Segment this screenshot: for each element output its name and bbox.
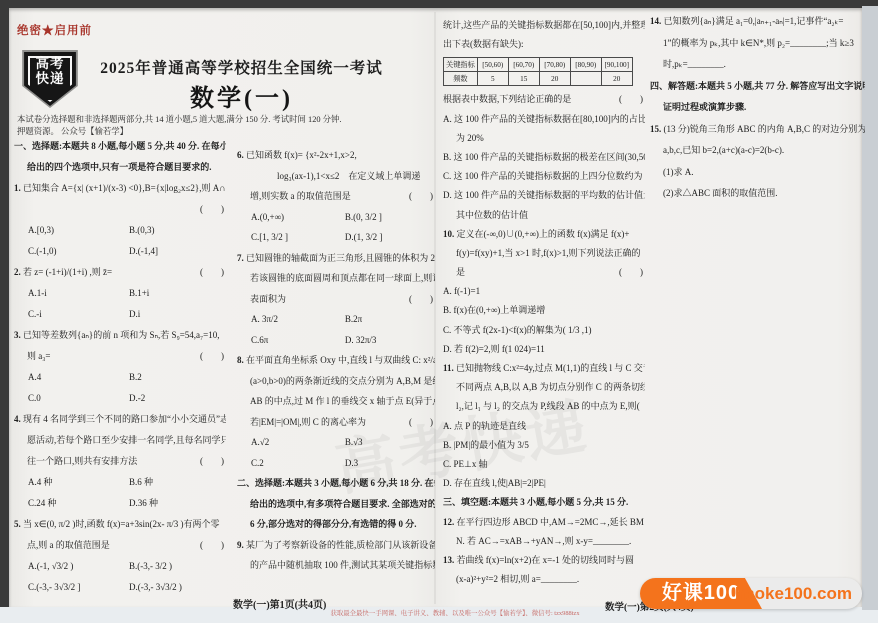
question-line: (2)求△ABC 面积的取值范围.: [650, 183, 865, 205]
question-text: 证明过程或演算步骤.: [663, 102, 746, 112]
option-b: D.3: [345, 453, 435, 474]
question-line: ( ): [14, 199, 226, 220]
question-text: l₂,记 l₁ 与 l₂ 的交点为 P,线段 AB 的中点为 E,则: [456, 397, 637, 416]
answer-bracket: ( ): [409, 289, 435, 310]
answer-bracket: ( ): [200, 346, 226, 367]
question-text: 给出的选项中,有多项符合题目要求. 全部选对的得: [250, 499, 435, 509]
option-b: B.(-3,- 3/2 ): [129, 556, 226, 577]
option-row: A.(-1, √3/2 )B.(-3,- 3/2 ): [14, 556, 226, 577]
option-row: C.[1, 3/2 ]D.(1, 3/2 ]: [237, 227, 435, 248]
question-line: 若|EM|=|OM|,则 C 的离心率为( ): [237, 412, 435, 433]
option-row: C.-iD.i: [14, 304, 226, 325]
option-b: B.1+i: [129, 283, 226, 304]
option-b: B.(0, 3/2 ]: [345, 207, 435, 228]
questions-column-3: 统计,这些产品的关键指标数据都在[50,100]内,并整理出下表(数据有缺失):…: [443, 16, 645, 589]
question-line: 往一个路口,则共有安排方法( ): [14, 451, 226, 472]
option-a: A.(-1, √3/2 ): [28, 556, 129, 577]
question-text: B. f(x)在(0,+∞)上单调递增: [443, 305, 545, 315]
option-b: B.6 种: [129, 472, 226, 493]
option-row: A.4 种B.6 种: [14, 472, 226, 493]
option-a: C.-i: [28, 304, 129, 325]
question-line: 二、选择题:本题共 3 小题,每小题 6 分,共 18 分. 在每小题: [237, 473, 435, 494]
option-row: A.(0,+∞)B.(0, 3/2 ]: [237, 207, 435, 228]
question-line: B. 这 100 件产品的关键指标数据的极差在区间(30,50]内: [443, 148, 645, 167]
question-line: 1”的概率为 pₖ,其中 k∈N*,则 p₂=________;当 k≥3: [650, 33, 865, 55]
question-line: 其中位数的估计值: [443, 206, 645, 225]
question-line: D. 若 f(2)=2,则 f(1 024)=11: [443, 340, 645, 359]
question-line: 8. 在平面直角坐标系 Oxy 中,直线 l 与双曲线 C: x²/a² - y…: [237, 350, 435, 371]
haoke100-domain: haoke100.com: [735, 578, 852, 609]
question-line: 11. 已知抛物线 C:x²=4y,过点 M(1,1)的直线 l 与 C 交于: [443, 359, 645, 378]
question-text: 增,则实数 a 的取值范围是: [250, 186, 351, 207]
question-text: 三、填空题:本题共 3 小题,每小题 5 分,共 15 分.: [443, 497, 628, 507]
question-text: 其中位数的估计值: [456, 210, 528, 220]
question-text: 15. (13 分)锐角三角形 ABC 的内角 A,B,C 的对边分别为: [650, 124, 865, 134]
question-text: 点,则 a 的取值范围是: [27, 535, 110, 556]
question-text: 6 分,部分选对的得部分分,有选错的得 0 分.: [250, 519, 417, 529]
answer-bracket: ( ): [409, 186, 435, 207]
question-text: 10. 定义在(-∞,0)∪(0,+∞)上的函数 f(x)满足 f(x)+: [443, 229, 629, 239]
option-a: A.4: [28, 367, 129, 388]
table-header-cell: [50,60): [477, 58, 508, 72]
option-b: D.-2: [129, 388, 226, 409]
frequency-table-grid: 关键指标[50,60)[60,70)[70,80)[80,90)[90,100]…: [443, 57, 633, 86]
question-text: N. 若 AC→=xAB→+yAN→,则 x-y=________.: [456, 536, 631, 546]
answer-bracket: ( ): [637, 397, 645, 416]
exam-title: 2025年普通高等学校招生全国统一考试: [49, 56, 434, 78]
option-a: A. 3π/2: [251, 309, 345, 330]
paper-sheet: 高考快递 绝密★启用前 高考 快递 2025年普通高等学校招生全国统一考试 数学…: [9, 8, 862, 607]
question-text: 若|EM|=|OM|,则 C 的离心率为: [250, 412, 366, 433]
answer-bracket: ( ): [200, 199, 226, 220]
question-text: C. 不等式 f(2x-1)<f(x)的解集为( 1/3 ,1): [443, 325, 592, 335]
option-row: C.0D.-2: [14, 388, 226, 409]
secret-label: 绝密★启用前: [17, 22, 92, 38]
option-row: A.4B.2: [14, 367, 226, 388]
question-text: (a>0,b>0)的两条渐近线的交点分别为 A,B,M 是线段: [250, 376, 435, 386]
questions-column-1: 一、选择题:本题共 8 小题,每小题 5 分,共 40 分. 在每小题给出的四个…: [14, 136, 226, 598]
question-text: 往一个路口,则共有安排方法: [27, 451, 137, 472]
option-row: A.[0,3)B.(0,3): [14, 220, 226, 241]
option-b: D.(-1,4]: [129, 241, 226, 262]
option-b: B.2π: [345, 309, 435, 330]
question-text: 统计,这些产品的关键指标数据都在[50,100]内,并整理: [443, 20, 645, 30]
question-line: 则 a₃=( ): [14, 346, 226, 367]
exam-note-line1: 本试卷分选择题和非选择题两部分,共 14 道小题,5 道大题,满分 150 分.…: [17, 114, 437, 126]
option-a: A.√2: [251, 432, 345, 453]
question-line: 4. 现有 4 名同学到三个不同的路口参加“小小交通员”志: [14, 409, 226, 430]
question-line: (a>0,b>0)的两条渐近线的交点分别为 A,B,M 是线段: [237, 371, 435, 392]
question-line: 给出的选项中,有多项符合题目要求. 全部选对的得: [237, 494, 435, 515]
answer-bracket: ( ): [619, 90, 645, 109]
question-text: 13. 若曲线 f(x)=ln(x+2)在 x=-1 处的切线同时与圆: [443, 555, 634, 565]
question-line: 证明过程或演算步骤.: [650, 97, 865, 119]
question-line: 时,pₖ=________.: [650, 54, 865, 76]
question-line: 点,则 a 的取值范围是( ): [14, 535, 226, 556]
table-header-cell: [70,80): [539, 58, 570, 72]
question-line: log₃(ax-1),1<x≤2 在定义域上单调递: [237, 166, 435, 187]
table-header-cell: [90,100]: [601, 58, 632, 72]
question-text: A. f(-1)=1: [443, 286, 480, 296]
option-a: A.1-i: [28, 283, 129, 304]
exam-notes: 本试卷分选择题和非选择题两部分,共 14 道小题,5 道大题,满分 150 分.…: [17, 114, 437, 137]
question-text: 四、解答题:本题共 5 小题,共 77 分. 解答应写出文字说明、: [650, 81, 865, 91]
option-row: C.(-1,0)D.(-1,4]: [14, 241, 226, 262]
question-line: 14. 已知数列{aₙ}满足 a₁=0,|aₙ₊₁-aₙ|=1,记事件“a₂ₖ=: [650, 11, 865, 33]
question-text: (1)求 A.: [663, 167, 694, 177]
option-row: C.(-3,- 3√3/2 ]D.(-3,- 3√3/2 ): [14, 577, 226, 598]
question-line: f(y)=f(xy)+1,当 x>1 时,f(x)>1,则下列说法正确的: [443, 244, 645, 263]
answer-bracket: ( ): [200, 451, 226, 472]
question-line: 7. 已知圆锥的轴截面为正三角形,且圆锥的体积为 2√6π/3 ,: [237, 248, 435, 269]
option-row: A.√2B.√3: [237, 432, 435, 453]
question-line: 13. 若曲线 f(x)=ln(x+2)在 x=-1 处的切线同时与圆: [443, 551, 645, 570]
question-text: 一、选择题:本题共 8 小题,每小题 5 分,共 40 分. 在每小题: [14, 141, 226, 151]
option-b: B.(0,3): [129, 220, 226, 241]
frequency-table: 关键指标[50,60)[60,70)[70,80)[80,90)[90,100]…: [443, 54, 645, 90]
question-text: 二、选择题:本题共 3 小题,每小题 6 分,共 18 分. 在每小题: [237, 478, 435, 488]
option-a: A.(0,+∞): [251, 207, 345, 228]
answer-bracket: ( ): [619, 263, 645, 282]
question-line: 增,则实数 a 的取值范围是( ): [237, 186, 435, 207]
question-text: 不同两点 A,B,以 A,B 为切点分别作 C 的两条切线 l₁,: [456, 382, 645, 392]
question-text: 4. 现有 4 名同学到三个不同的路口参加“小小交通员”志: [14, 414, 226, 424]
question-line: B. f(x)在(0,+∞)上单调递增: [443, 301, 645, 320]
question-line: 愿活动,若每个路口至少安排一名同学,且每名同学只前: [14, 430, 226, 451]
answer-bracket: ( ): [200, 535, 226, 556]
question-line: B. |PM|的最小值为 3/5: [443, 436, 645, 455]
question-line: AB 的中点,过 M 作 l 的垂线交 x 轴于点 E(异于点 O).: [237, 391, 435, 412]
question-text: 7. 已知圆锥的轴截面为正三角形,且圆锥的体积为 2√6π/3 ,: [237, 253, 435, 263]
table-header-cell: [80,90): [570, 58, 601, 72]
haoke100-watermark-badge: 好课100 haoke100.com: [640, 578, 862, 609]
question-line: (1)求 A.: [650, 162, 865, 184]
question-text: 根据表中数据,下列结论正确的是: [443, 90, 571, 109]
table-value-cell: 15: [508, 72, 539, 86]
question-text: 则 a₃=: [27, 346, 50, 367]
question-line: 不同两点 A,B,以 A,B 为切点分别作 C 的两条切线 l₁,: [443, 378, 645, 397]
question-text: 8. 在平面直角坐标系 Oxy 中,直线 l 与双曲线 C: x²/a² - y…: [237, 355, 435, 365]
question-line: 10. 定义在(-∞,0)∪(0,+∞)上的函数 f(x)满足 f(x)+: [443, 225, 645, 244]
question-line: (x-a)²+y²=2 相切,则 a=________.: [443, 570, 645, 589]
exam-subject: 数学(一): [49, 78, 434, 113]
option-a: A.[0,3): [28, 220, 129, 241]
table-header-cell: 关键指标: [444, 58, 478, 72]
question-text: 3. 已知等差数列{aₙ}的前 n 项和为 Sₙ,若 S₉=54,a₇=10,: [14, 330, 220, 340]
question-text: B. 这 100 件产品的关键指标数据的极差在区间(30,50]内: [443, 152, 645, 162]
question-line: C. 这 100 件产品的关键指标数据的上四分位数约为 88.75: [443, 167, 645, 186]
question-line: 给出的四个选项中,只有一项是符合题目要求的.: [14, 157, 226, 178]
question-text: 时,pₖ=________.: [663, 59, 726, 69]
question-line: 5. 当 x∈(0, π/2 )时,函数 f(x)=a+3sin(2x- π/3…: [14, 514, 226, 535]
question-text: 2. 若 z= (-1+i)/(1+i) ,则 z̄=: [14, 262, 112, 283]
question-line: 是( ): [443, 263, 645, 282]
table-value-cell: 频数: [444, 72, 478, 86]
table-value-cell: 5: [477, 72, 508, 86]
option-row: A. 3π/2B.2π: [237, 309, 435, 330]
question-line: 12. 在平行四边形 ABCD 中,AM→=2MC→,延长 BM 交 CD 于点: [443, 513, 645, 532]
question-line: N. 若 AC→=xAB→+yAN→,则 x-y=________.: [443, 532, 645, 551]
question-line: A. 点 P 的轨迹是直线: [443, 417, 645, 436]
option-a: C.(-3,- 3√3/2 ]: [28, 577, 129, 598]
question-text: D. 这 100 件产品的关键指标数据的平均数的估计值大于: [443, 190, 645, 200]
question-text: 若该圆锥的底面圆周和顶点都在同一球面上,则该球的: [250, 273, 435, 283]
question-text: D. 存在直线 l,使|AB|=2|PE|: [443, 478, 546, 488]
question-text: C. 这 100 件产品的关键指标数据的上四分位数约为 88.75: [443, 171, 645, 181]
table-header-cell: [60,70): [508, 58, 539, 72]
option-row: A.1-iB.1+i: [14, 283, 226, 304]
footer-notice: 获取最全最快一手网课、电子讲义、教辅、以及唯一公众号【愉若学】、微信号: tzx…: [305, 608, 605, 617]
option-b: B.2: [129, 367, 226, 388]
option-b: D. 32π/3: [345, 330, 435, 351]
question-text: 为 20%: [456, 133, 484, 143]
question-text: A. 这 100 件产品的关键指标数据在[80,100]内的占比: [443, 114, 645, 124]
question-line: l₂,记 l₁ 与 l₂ 的交点为 P,线段 AB 的中点为 E,则( ): [443, 397, 645, 416]
answer-bracket: ( ): [200, 262, 226, 283]
question-text: 6. 已知函数 f(x)= {x²-2x+1,x>2,: [237, 150, 357, 160]
option-a: C.24 种: [28, 493, 129, 514]
question-line: D. 这 100 件产品的关键指标数据的平均数的估计值大于: [443, 186, 645, 205]
question-line: 2. 若 z= (-1+i)/(1+i) ,则 z̄=( ): [14, 262, 226, 283]
table-value-cell: 20: [601, 72, 632, 86]
option-b: D.(-3,- 3√3/2 ): [129, 577, 226, 598]
option-b: D.i: [129, 304, 226, 325]
question-text: 给出的四个选项中,只有一项是符合题目要求的.: [27, 162, 212, 172]
question-line: D. 存在直线 l,使|AB|=2|PE|: [443, 474, 645, 493]
question-text: f(y)=f(xy)+1,当 x>1 时,f(x)>1,则下列说法正确的: [456, 248, 641, 258]
questions-column-4: 14. 已知数列{aₙ}满足 a₁=0,|aₙ₊₁-aₙ|=1,记事件“a₂ₖ=…: [650, 11, 865, 205]
scanned-exam-paper: 高考快递 绝密★启用前 高考 快递 2025年普通高等学校招生全国统一考试 数学…: [0, 0, 878, 623]
question-line: 三、填空题:本题共 3 小题,每小题 5 分,共 15 分.: [443, 493, 645, 512]
option-a: C.(-1,0): [28, 241, 129, 262]
question-text: a,b,c,已知 b=2,(a+c)(a-c)=2(b-c).: [663, 145, 784, 155]
question-line: 15. (13 分)锐角三角形 ABC 的内角 A,B,C 的对边分别为: [650, 119, 865, 141]
question-line: 6 分,部分选对的得部分分,有选错的得 0 分.: [237, 514, 435, 535]
question-line: A. 这 100 件产品的关键指标数据在[80,100]内的占比: [443, 110, 645, 129]
questions-column-2: 6. 已知函数 f(x)= {x²-2x+1,x>2,log₃(ax-1),1<…: [237, 145, 435, 576]
option-a: C.0: [28, 388, 129, 409]
question-line: a,b,c,已知 b=2,(a+c)(a-c)=2(b-c).: [650, 140, 865, 162]
question-text: AB 的中点,过 M 作 l 的垂线交 x 轴于点 E(异于点 O).: [250, 396, 435, 406]
question-text: 愿活动,若每个路口至少安排一名同学,且每名同学只前: [27, 435, 226, 445]
question-line: 统计,这些产品的关键指标数据都在[50,100]内,并整理: [443, 16, 645, 35]
question-text: 1. 已知集合 A={x| (x+1)/(x-3) <0},B={x|log₂x…: [14, 183, 226, 193]
question-line: 为 20%: [443, 129, 645, 148]
table-value-cell: [570, 72, 601, 86]
question-line: A. f(-1)=1: [443, 282, 645, 301]
question-text: 11. 已知抛物线 C:x²=4y,过点 M(1,1)的直线 l 与 C 交于: [443, 363, 645, 373]
question-line: 3. 已知等差数列{aₙ}的前 n 项和为 Sₙ,若 S₉=54,a₇=10,: [14, 325, 226, 346]
question-text: (2)求△ABC 面积的取值范围.: [663, 188, 778, 198]
question-line: 出下表(数据有缺失):: [443, 35, 645, 54]
question-line: 9. 某厂为了考察新设备的性能,质检部门从该新设备生产: [237, 535, 435, 556]
option-row: C.24 种D.36 种: [14, 493, 226, 514]
question-text: log₃(ax-1),1<x≤2 在定义域上单调递: [277, 171, 420, 181]
question-text: A. 点 P 的轨迹是直线: [443, 421, 526, 431]
option-row: C.2D.3: [237, 453, 435, 474]
option-a: C.2: [251, 453, 345, 474]
question-line: 的产品中随机抽取 100 件,测试其某项关键指标数据. 经: [237, 555, 435, 576]
question-line: C. 不等式 f(2x-1)<f(x)的解集为( 1/3 ,1): [443, 321, 645, 340]
question-text: 1”的概率为 pₖ,其中 k∈N*,则 p₂=________;当 k≥3: [663, 38, 854, 48]
option-b: D.36 种: [129, 493, 226, 514]
question-line: 一、选择题:本题共 8 小题,每小题 5 分,共 40 分. 在每小题: [14, 136, 226, 157]
answer-bracket: ( ): [409, 412, 435, 433]
option-a: A.4 种: [28, 472, 129, 493]
question-line: 表面积为( ): [237, 289, 435, 310]
question-text: 表面积为: [250, 289, 286, 310]
option-b: B.√3: [345, 432, 435, 453]
question-text: 5. 当 x∈(0, π/2 )时,函数 f(x)=a+3sin(2x- π/3…: [14, 519, 220, 529]
question-line: 四、解答题:本题共 5 小题,共 77 分. 解答应写出文字说明、: [650, 76, 865, 98]
option-row: C.6πD. 32π/3: [237, 330, 435, 351]
question-text: 出下表(数据有缺失):: [443, 39, 524, 49]
question-text: D. 若 f(2)=2,则 f(1 024)=11: [443, 344, 545, 354]
question-text: B. |PM|的最小值为 3/5: [443, 440, 529, 450]
option-a: C.[1, 3/2 ]: [251, 227, 345, 248]
question-text: 的产品中随机抽取 100 件,测试其某项关键指标数据. 经: [250, 560, 435, 570]
question-line: 根据表中数据,下列结论正确的是( ): [443, 90, 645, 109]
question-text: 是: [456, 263, 465, 282]
question-line: 1. 已知集合 A={x| (x+1)/(x-3) <0},B={x|log₂x…: [14, 178, 226, 199]
question-line: 若该圆锥的底面圆周和顶点都在同一球面上,则该球的: [237, 268, 435, 289]
question-text: 9. 某厂为了考察新设备的性能,质检部门从该新设备生产: [237, 540, 435, 550]
question-text: 14. 已知数列{aₙ}满足 a₁=0,|aₙ₊₁-aₙ|=1,记事件“a₂ₖ=: [650, 16, 843, 26]
question-text: C. PE⊥x 轴: [443, 459, 488, 469]
table-value-cell: 20: [539, 72, 570, 86]
option-b: D.(1, 3/2 ]: [345, 227, 435, 248]
question-line: 6. 已知函数 f(x)= {x²-2x+1,x>2,: [237, 145, 435, 166]
question-line: C. PE⊥x 轴: [443, 455, 645, 474]
option-a: C.6π: [251, 330, 345, 351]
question-text: (x-a)²+y²=2 相切,则 a=________.: [456, 574, 579, 584]
question-text: 12. 在平行四边形 ABCD 中,AM→=2MC→,延长 BM 交 CD 于点: [443, 517, 645, 527]
